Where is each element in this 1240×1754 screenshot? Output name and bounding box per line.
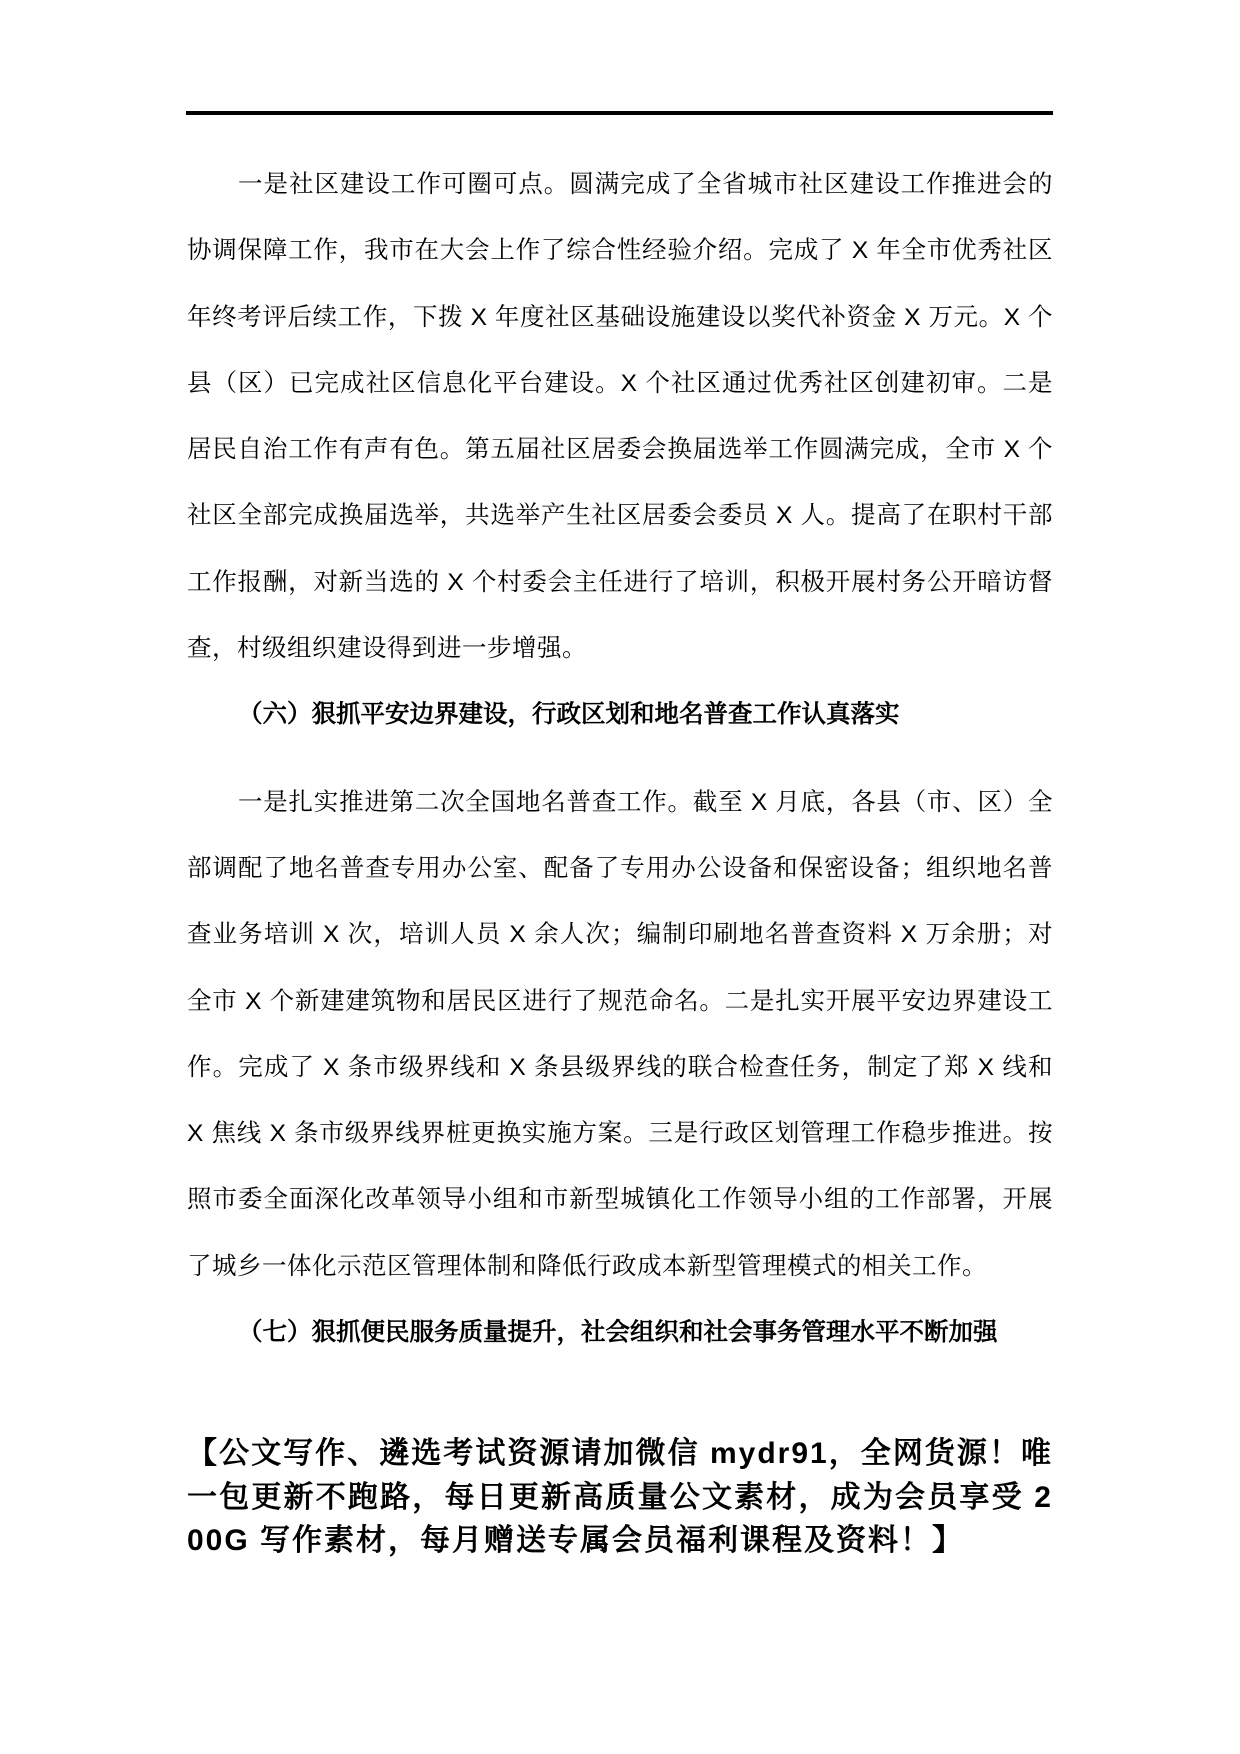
document-page: 一是社区建设工作可圈可点。圆满完成了全省城市社区建设工作推进会的协调保障工作，我… bbox=[0, 0, 1240, 1754]
heading-section-6: （六）狠抓平安边界建设，行政区划和地名普查工作认真落实 bbox=[187, 682, 1053, 748]
heading-section-7: （七）狠抓便民服务质量提升，社会组织和社会事务管理水平不断加强 bbox=[187, 1300, 1053, 1366]
document-content: 一是社区建设工作可圈可点。圆满完成了全省城市社区建设工作推进会的协调保障工作，我… bbox=[187, 152, 1053, 1563]
paragraph-community-building: 一是社区建设工作可圈可点。圆满完成了全省城市社区建设工作推进会的协调保障工作，我… bbox=[187, 152, 1053, 682]
paragraph-boundary-and-placename: 一是扎实推进第二次全国地名普查工作。截至 X 月底，各县（市、区）全部调配了地名… bbox=[187, 770, 1053, 1300]
header-rule bbox=[186, 111, 1053, 115]
promo-note: 【公文写作、遴选考试资源请加微信 mydr91，全网货源！唯一包更新不跑路，每日… bbox=[187, 1432, 1053, 1563]
